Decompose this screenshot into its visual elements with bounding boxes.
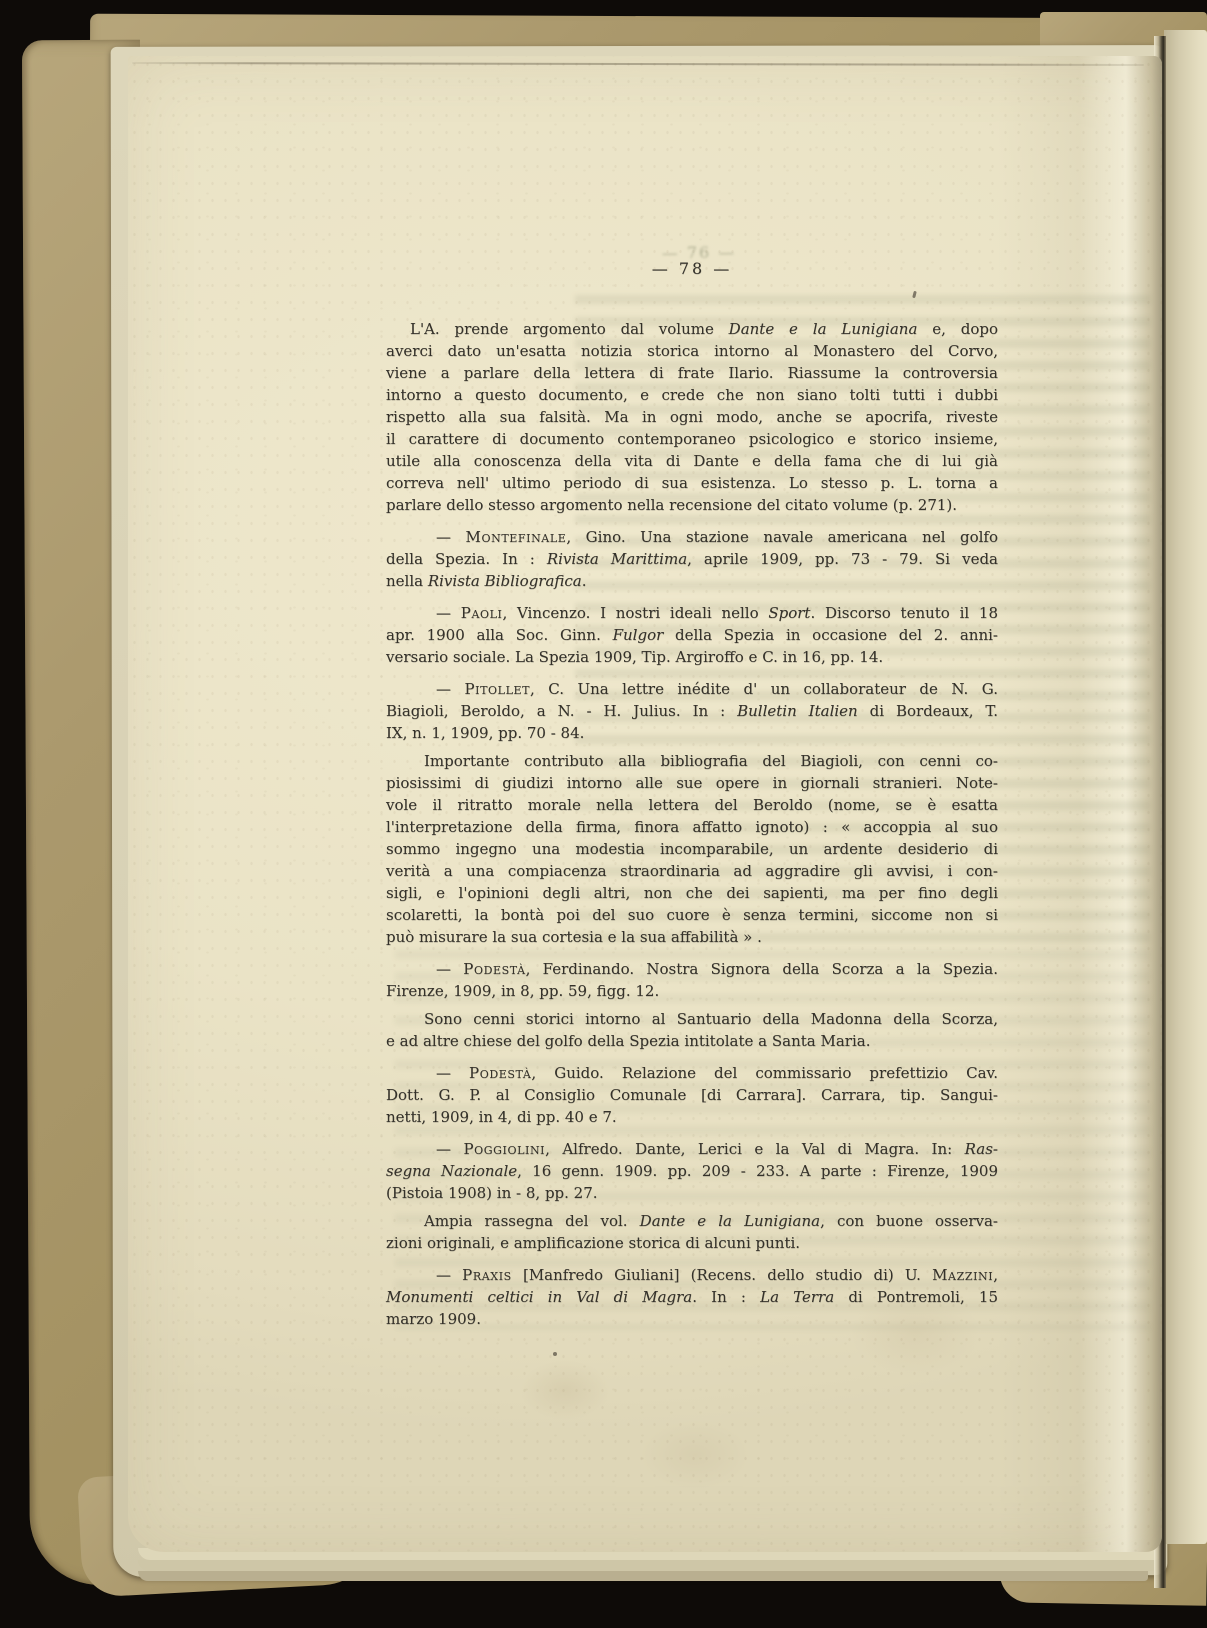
sheet-edge-line [132,62,1144,66]
paragraph-annotation: Importante contributo alla bibliografia … [386,750,998,948]
paragraph-opening: L'A. prende argomento dal volume Dante e… [386,318,998,516]
text-line: sigli, e l'opinioni degli altri, non che… [386,882,998,904]
ink-speck [553,1352,557,1356]
text-line: l'interpretazione della firma, finora af… [386,816,998,838]
paragraph-entry: — Podestà, Guido. Relazione del commissa… [386,1062,998,1128]
text-line: Firenze, 1909, in 8, pp. 59, figg. 12. [386,980,998,1002]
paragraph-annotation: Sono cenni storici intorno al Santuario … [386,1008,998,1052]
page-header-number: — 78 — [386,258,998,280]
adjacent-page [1164,30,1207,1544]
text-line: apr. 1900 alla Soc. Ginn. Fulgor della S… [386,624,998,646]
text-line: — Podestà, Ferdinando. Nostra Signora de… [386,958,998,980]
text-line: Biagioli, Beroldo, a N. - H. Julius. In … [386,700,998,722]
text-line: rispetto alla sua falsità. Ma in ogni mo… [386,406,998,428]
text-line: sommo ingegno una modestia incomparabile… [386,838,998,860]
text-line: (Pistoia 1908) in - 8, pp. 27. [386,1182,998,1204]
text-line: viene a parlare della lettera di frate I… [386,362,998,384]
paragraph-entry: — Poggiolini, Alfredo. Dante, Lerici e l… [386,1138,998,1204]
text-line: parlare dello stesso argomento nella rec… [386,494,998,516]
text-line: il carattere di documento contemporaneo … [386,428,998,450]
text-line: — Podestà, Guido. Relazione del commissa… [386,1062,998,1084]
page-stack-edge [138,1571,1148,1581]
text-line: netti, 1909, in 4, di pp. 40 e 7. [386,1106,998,1128]
text-line: correva nell' ultimo periodo di sua esis… [386,472,998,494]
text-line: intorno a questo documento, e crede che … [386,384,998,406]
text-line: — Praxis [Manfredo Giuliani] (Recens. de… [386,1264,998,1286]
text-line: vole il ritratto morale nella lettera de… [386,794,998,816]
text-line: Sono cenni storici intorno al Santuario … [386,1008,998,1030]
text-line: nella Rivista Bibliografica. [386,570,998,592]
text-line: e ad altre chiese del golfo della Spezia… [386,1030,998,1052]
text-line: scolaretti, la bontà poi del suo cuore è… [386,904,998,926]
text-line: piosissimi di giudizi intorno alle sue o… [386,772,998,794]
text-line: L'A. prende argomento dal volume Dante e… [386,318,998,340]
text-line: Dott. G. P. al Consiglio Comunale [di Ca… [386,1084,998,1106]
text-line: — Pitollet, C. Una lettre inédite d' un … [386,678,998,700]
paragraph-entry: — Montefinale, Gino. Una stazione navale… [386,526,998,592]
text-line: versario sociale. La Spezia 1909, Tip. A… [386,646,998,668]
text-line: marzo 1909. [386,1308,998,1330]
text-line: — Poggiolini, Alfredo. Dante, Lerici e l… [386,1138,998,1160]
text-line: della Spezia. In : Rivista Marittima, ap… [386,548,998,570]
paragraph-annotation: Ampia rassegna del vol. Dante e la Lunig… [386,1210,998,1254]
text-line: — Montefinale, Gino. Una stazione navale… [386,526,998,548]
text-line: utile alla conoscenza della vita di Dant… [386,450,998,472]
paragraph-entry: — Paoli, Vincenzo. I nostri ideali nello… [386,602,998,668]
text-line: verità a una compiacenza straordinaria a… [386,860,998,882]
text-line: — Paoli, Vincenzo. I nostri ideali nello… [386,602,998,624]
text-line: segna Nazionale, 16 genn. 1909. pp. 209 … [386,1160,998,1182]
text-line: Ampia rassegna del vol. Dante e la Lunig… [386,1210,998,1232]
text-line: Importante contributo alla bibliografia … [386,750,998,772]
text-line: Monumenti celtici in Val di Magra. In : … [386,1286,998,1308]
paragraph-entry: — Pitollet, C. Una lettre inédite d' un … [386,678,998,744]
text-line: IX, n. 1, 1909, pp. 70 - 84. [386,722,998,744]
text-line: zioni originali, e amplificazione storic… [386,1232,998,1254]
paragraph-entry: — Praxis [Manfredo Giuliani] (Recens. de… [386,1264,998,1330]
text-line: può misurare la sua cortesia e la sua af… [386,926,998,948]
text-block: — 78 — L'A. prende argomento dal volume … [386,258,998,1330]
scanned-book-photo: { "book_page": { "page_number": "— 78 —"… [0,0,1207,1628]
text-line: averci dato un'esatta notizia storica in… [386,340,998,362]
paragraph-entry: — Podestà, Ferdinando. Nostra Signora de… [386,958,998,1002]
page-stack-edge [138,1560,1156,1571]
